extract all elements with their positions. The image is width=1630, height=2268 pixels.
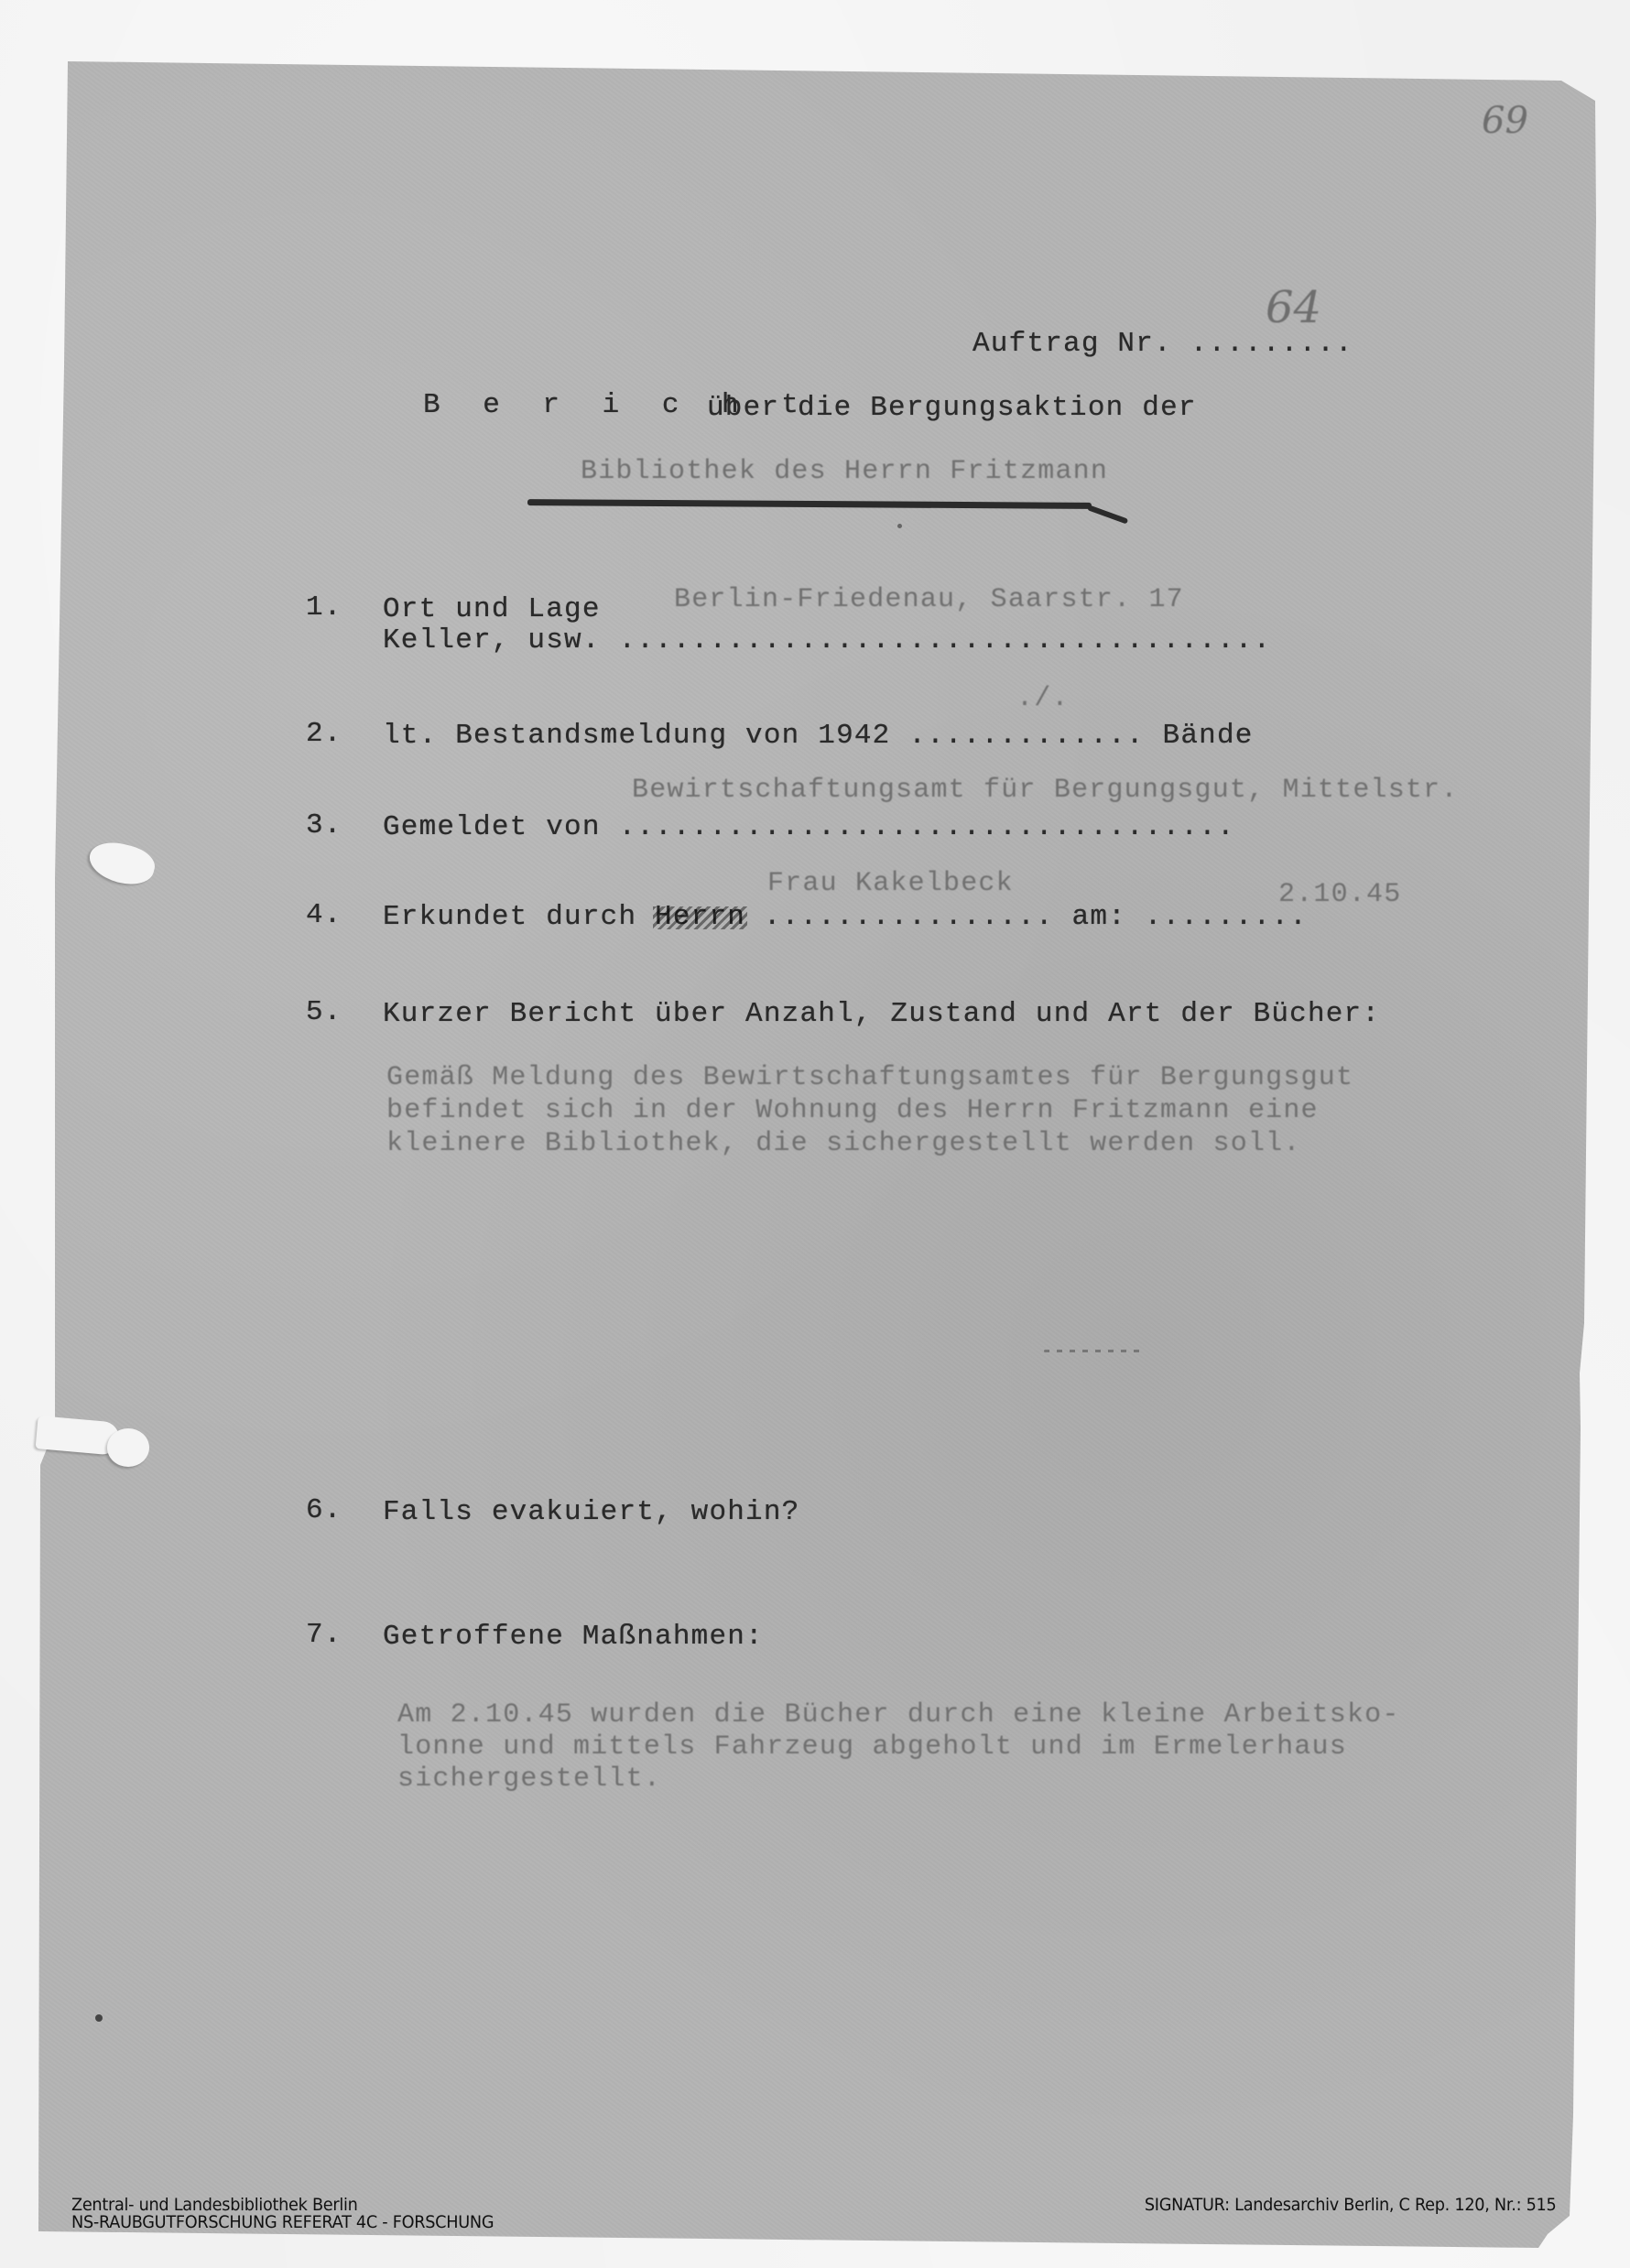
- item-5-number: 5.: [306, 998, 342, 1026]
- order-number-handwritten: 64: [1266, 286, 1321, 330]
- stray-ink-dot: [95, 2014, 103, 2022]
- item-4-value-name: Frau Kakelbeck: [767, 870, 1014, 897]
- item-4-label-suffix: ................ am: .........: [745, 901, 1308, 933]
- item-7-value-line-3: sichergestellt.: [397, 1765, 661, 1793]
- item-7-label: Getroffene Maßnahmen:: [383, 1622, 764, 1651]
- item-5-value-line-1: Gemäß Meldung des Bewirtschaftungsamtes …: [386, 1064, 1353, 1091]
- item-2-label: lt. Bestandsmeldung von 1942 ...........…: [383, 722, 1254, 750]
- footer-department: NS-RAUBGUTFORSCHUNG REFERAT 4C - FORSCHU…: [71, 2214, 494, 2231]
- item-4-label-struck: Herrn: [655, 903, 745, 931]
- item-4-number: 4.: [306, 901, 342, 929]
- report-title: über die Bergungsaktion der: [707, 394, 1197, 422]
- order-number-label: Auftrag Nr. .........: [973, 330, 1353, 358]
- item-6-number: 6.: [306, 1496, 342, 1525]
- item-4-label-prefix: Erkundet durch: [383, 901, 655, 933]
- item-5-label: Kurzer Bericht über Anzahl, Zustand und …: [383, 1000, 1380, 1028]
- item-2-number: 2.: [306, 720, 342, 748]
- item-7-value-line-2: lonne und mittels Fahrzeug abgeholt und …: [397, 1733, 1347, 1761]
- item-5-value-line-2: befindet sich in der Wohnung des Herrn F…: [386, 1097, 1319, 1124]
- item-3-value: Bewirtschaftungsamt für Bergungsgut, Mit…: [632, 776, 1459, 804]
- item-6-label: Falls evakuiert, wohin?: [383, 1498, 799, 1526]
- item-1-label-line2: Keller, usw. ...........................…: [383, 626, 1271, 655]
- punch-hole: [107, 1428, 149, 1467]
- item-1-label-line1: Ort und Lage: [383, 595, 601, 624]
- item-4-label: Erkundet durch Herrn ................ am…: [383, 903, 1308, 931]
- report-subject: Bibliothek des Herrn Fritzmann: [581, 458, 1108, 485]
- item-1-number: 1.: [306, 593, 342, 622]
- item-7-number: 7.: [306, 1621, 342, 1649]
- item-5-value-line-3: kleinere Bibliothek, die sichergestellt …: [386, 1130, 1301, 1157]
- item-1-value: Berlin-Friedenau, Saarstr. 17: [674, 586, 1184, 613]
- item-3-number: 3.: [306, 811, 342, 840]
- item-3-label: Gemeldet von ...........................…: [383, 813, 1235, 841]
- item-7-value-line-1: Am 2.10.45 wurden die Bücher durch eine …: [397, 1701, 1400, 1729]
- folio-number: 69: [1482, 103, 1528, 139]
- item-2-value: ./.: [1016, 685, 1070, 712]
- stray-dotted-mark: [1044, 1350, 1145, 1352]
- footer-signature: SIGNATUR: Landesarchiv Berlin, C Rep. 12…: [1144, 2197, 1556, 2214]
- stray-ink-dot: [897, 524, 902, 528]
